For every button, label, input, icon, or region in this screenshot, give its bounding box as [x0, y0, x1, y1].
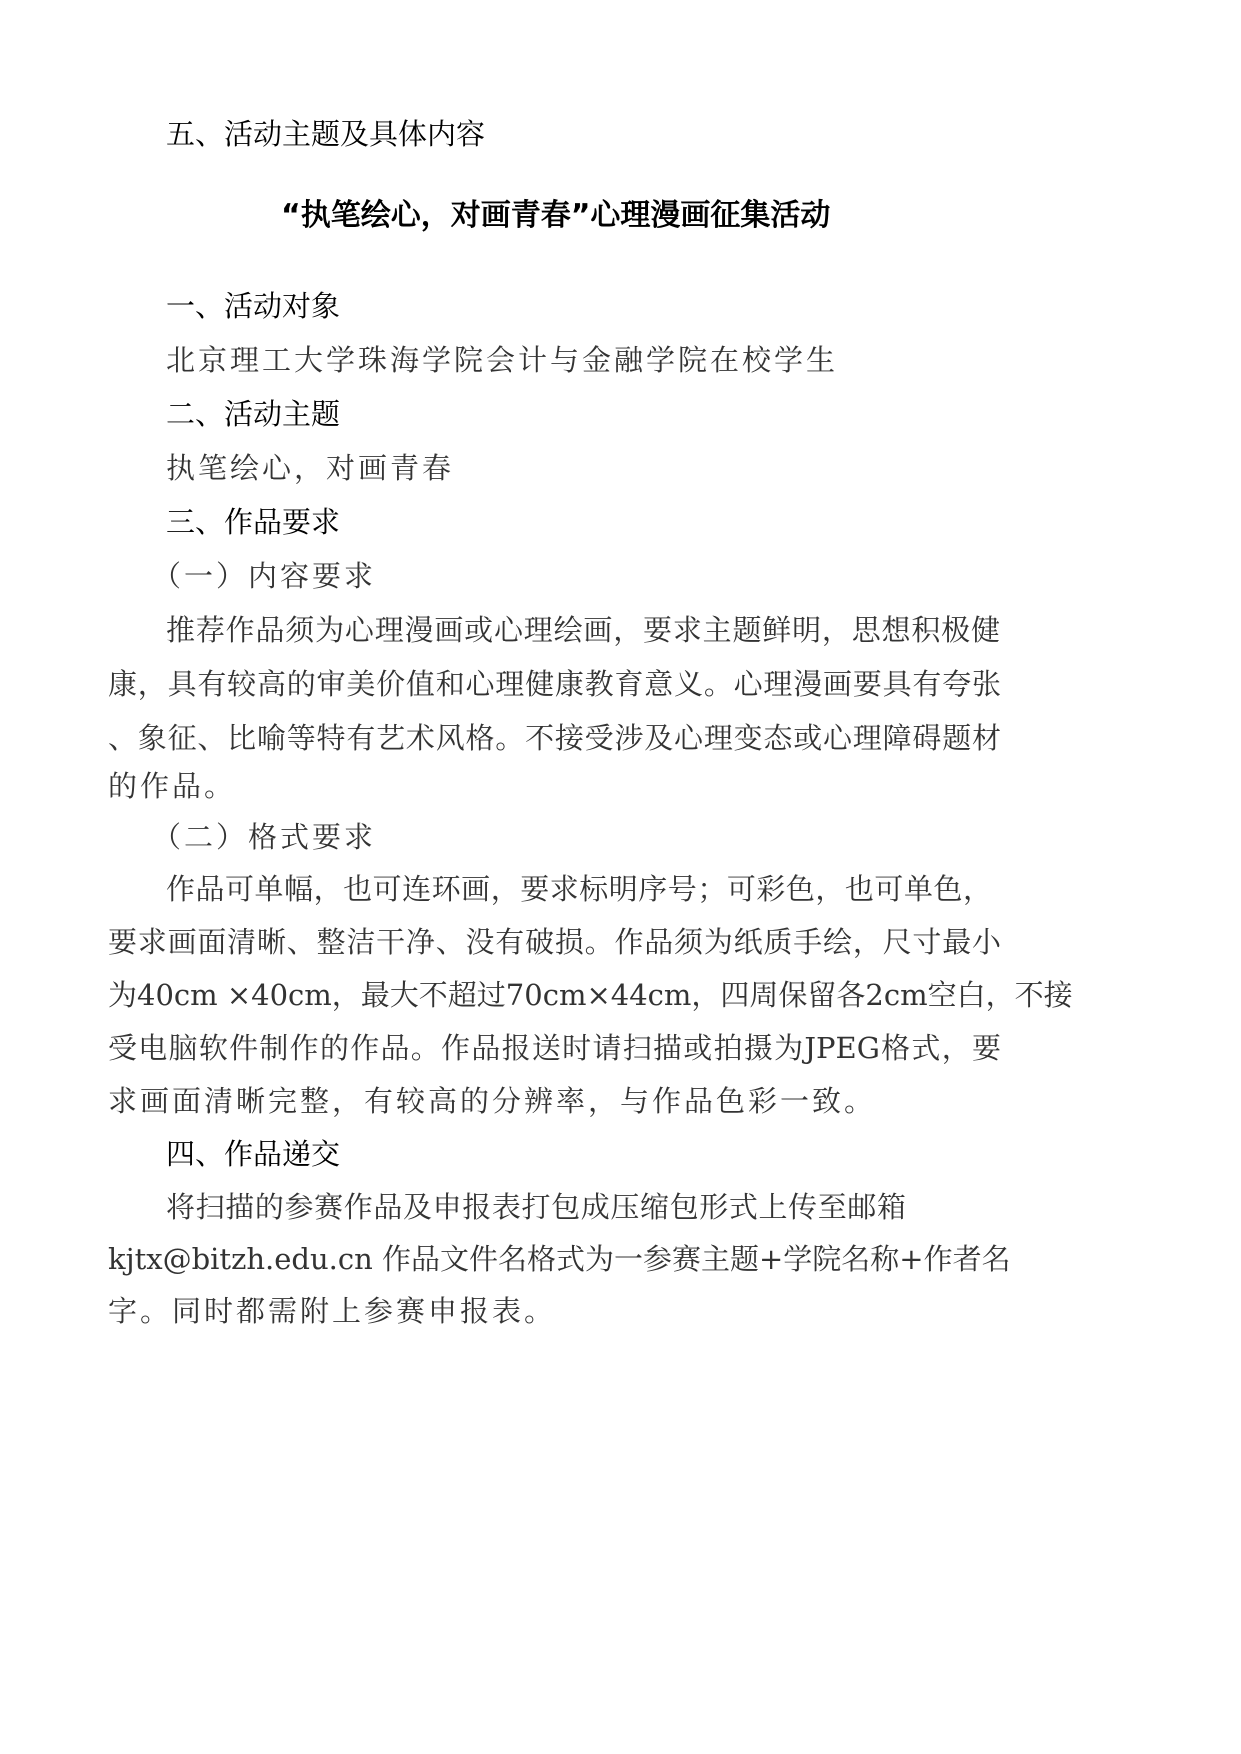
content-line: 推荐作品须为心理漫画或心理绘画，要求主题鲜明，思想积极健 [166, 612, 1000, 648]
submission-line: 将扫描的参赛作品及申报表打包成压缩包形式上传至邮箱 [166, 1189, 906, 1225]
format-line: 要求画面清晰、整洁干净、没有破损。作品须为纸质手绘，尺寸最小 [108, 924, 1001, 960]
content-line: 、象征、比喻等特有艺术风格。不接受涉及心理变态或心理障碍题材 [108, 720, 1001, 756]
subheading-content-requirements: （一）内容要求 [152, 558, 376, 594]
format-line: 求画面清晰完整，有较高的分辨率，与作品色彩一致。 [108, 1083, 876, 1119]
section-heading: 五、活动主题及具体内容 [166, 116, 485, 152]
theme-text: 执笔绘心，对画青春 [166, 450, 454, 486]
activity-title: “执笔绘心，对画青春”心理漫画征集活动 [281, 198, 830, 234]
content-line: 康，具有较高的审美价值和心理健康教育意义。心理漫画要具有夸张 [108, 666, 1001, 702]
submission-line: kjtx@bitzh.edu.cn 作品文件名格式为一参赛主题+学院名称+作者名 [108, 1241, 963, 1277]
heading-submission: 四、作品递交 [166, 1136, 340, 1172]
heading-target-audience: 一、活动对象 [166, 288, 340, 324]
format-line: 作品可单幅，也可连环画，要求标明序号；可彩色，也可单色， [166, 871, 992, 907]
subheading-format-requirements: （二）格式要求 [152, 819, 376, 855]
format-line: 受电脑软件制作的作品。作品报送时请扫描或拍摄为JPEG格式，要 [108, 1030, 1001, 1066]
target-audience-text: 北京理工大学珠海学院会计与金融学院在校学生 [166, 342, 838, 378]
heading-theme: 二、活动主题 [166, 396, 340, 432]
format-line: 为40cm ×40cm，最大不超过70cm×44cm，四周保留各2cm空白，不接 [108, 977, 1001, 1013]
heading-requirements: 三、作品要求 [166, 504, 340, 540]
submission-line: 字。同时都需附上参赛申报表。 [108, 1293, 556, 1329]
content-line: 的作品。 [108, 768, 236, 804]
